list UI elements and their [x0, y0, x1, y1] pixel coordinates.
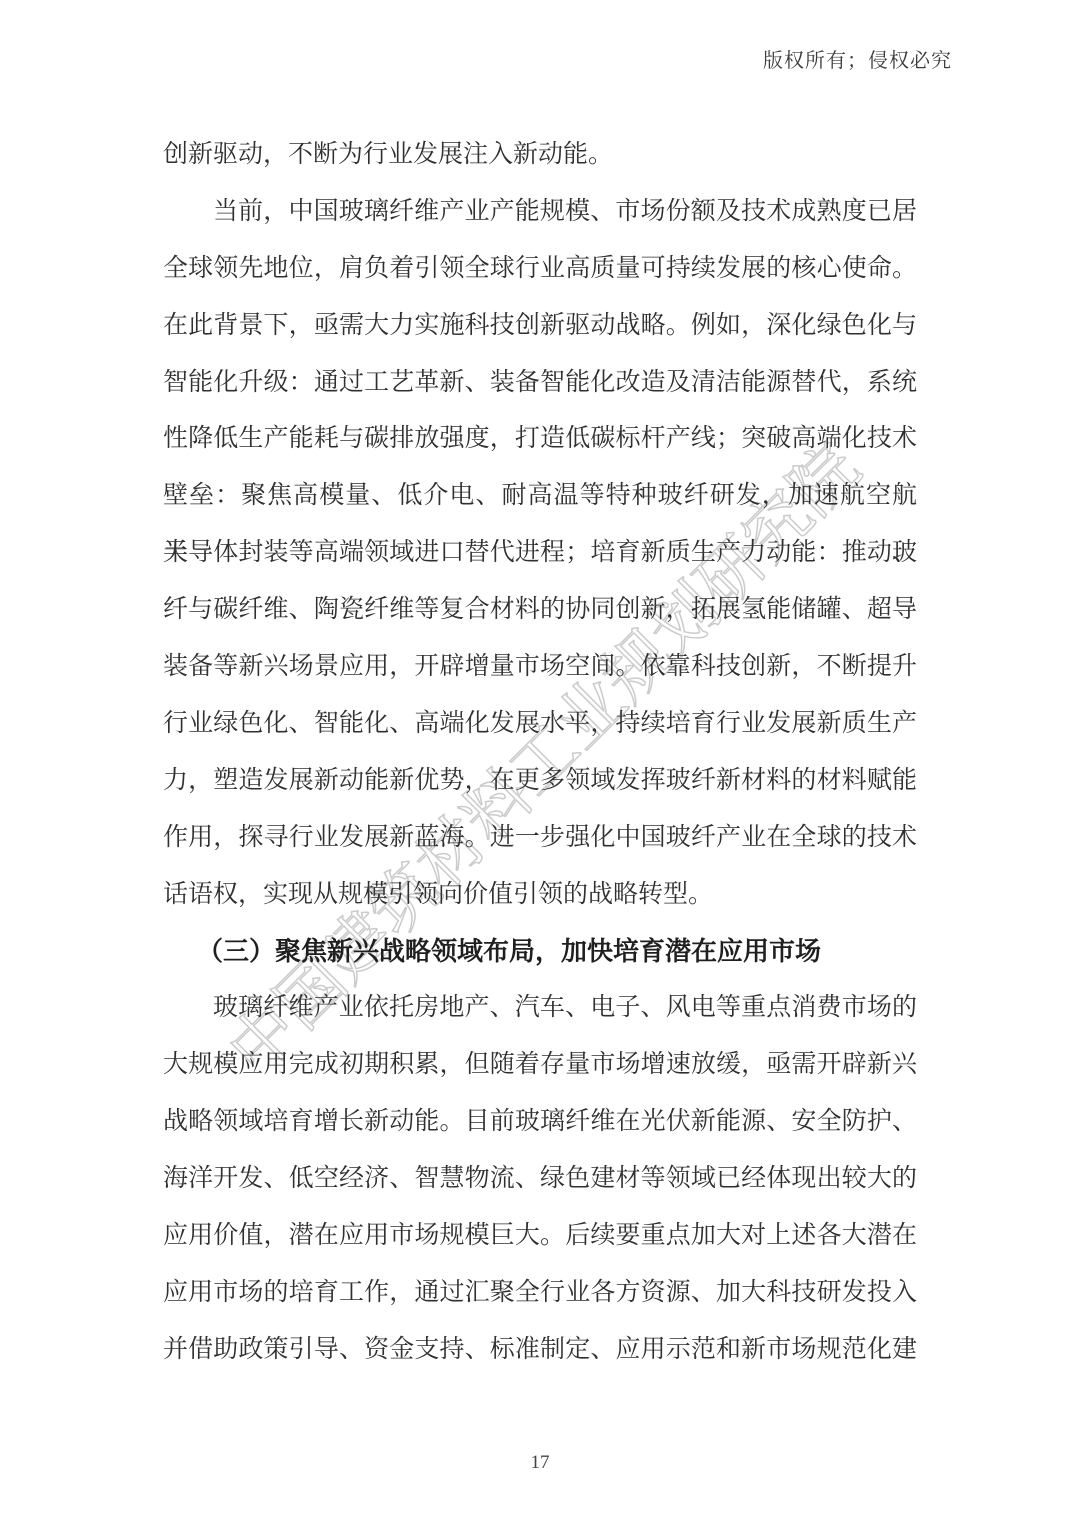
text-line: 话语权，实现从规模引领向价值引领的战略转型。 [163, 867, 917, 924]
text-line: 纤与碳纤维、陶瓷纤维等复合材料的协同创新，拓展氢能储罐、超导 [163, 582, 917, 639]
text-line: 应用市场的培育工作，通过汇聚全行业各方资源、加大科技研发投入 [163, 1265, 917, 1322]
section-heading: （三）聚焦新兴战略领域布局，加快培育潜在应用市场 [163, 923, 917, 980]
text-line: 在此背景下，亟需大力实施科技创新驱动战略。例如，深化绿色化与 [163, 298, 917, 355]
text-line: 并借助政策引导、资金支持、标准制定、应用示范和新市场规范化建 [163, 1322, 917, 1379]
copyright-notice: 版权所有；侵权必究 [763, 44, 952, 73]
text-line: 当前，中国玻璃纤维产业产能规模、市场份额及技术成熟度已居 [163, 184, 917, 241]
document-page: 版权所有；侵权必究 中国建筑材料工业规划研究院 创新驱动，不断为行业发展注入新动… [0, 0, 1080, 1527]
text-line: 性降低生产能耗与碳排放强度，打造低碳标杆产线；突破高端化技术 [163, 411, 917, 468]
page-number: 17 [0, 1452, 1080, 1474]
text-line: 壁垒：聚焦高模量、低介电、耐高温等特种玻纤研发，加速航空航天、 [163, 468, 917, 525]
text-line: 海洋开发、低空经济、智慧物流、绿色建材等领域已经体现出较大的 [163, 1151, 917, 1208]
text-line: 战略领域培育增长新动能。目前玻璃纤维在光伏新能源、安全防护、 [163, 1094, 917, 1151]
text-line: 半导体封装等高端领域进口替代进程；培育新质生产力动能：推动玻 [163, 525, 917, 582]
text-line: 装备等新兴场景应用，开辟增量市场空间。依靠科技创新，不断提升 [163, 639, 917, 696]
text-line: 力，塑造发展新动能新优势，在更多领域发挥玻纤新材料的材料赋能 [163, 753, 917, 810]
text-line: 智能化升级：通过工艺革新、装备智能化改造及清洁能源替代，系统 [163, 355, 917, 412]
text-line: 作用，探寻行业发展新蓝海。进一步强化中国玻纤产业在全球的技术 [163, 810, 917, 867]
text-line: 创新驱动，不断为行业发展注入新动能。 [163, 127, 917, 184]
document-body: 创新驱动，不断为行业发展注入新动能。当前，中国玻璃纤维产业产能规模、市场份额及技… [163, 127, 917, 1379]
text-line: 玻璃纤维产业依托房地产、汽车、电子、风电等重点消费市场的 [163, 980, 917, 1037]
text-line: 全球领先地位，肩负着引领全球行业高质量可持续发展的核心使命。 [163, 241, 917, 298]
text-line: 大规模应用完成初期积累，但随着存量市场增速放缓，亟需开辟新兴 [163, 1037, 917, 1094]
text-line: 行业绿色化、智能化、高端化发展水平，持续培育行业发展新质生产 [163, 696, 917, 753]
text-line: 应用价值，潜在应用市场规模巨大。后续要重点加大对上述各大潜在 [163, 1208, 917, 1265]
